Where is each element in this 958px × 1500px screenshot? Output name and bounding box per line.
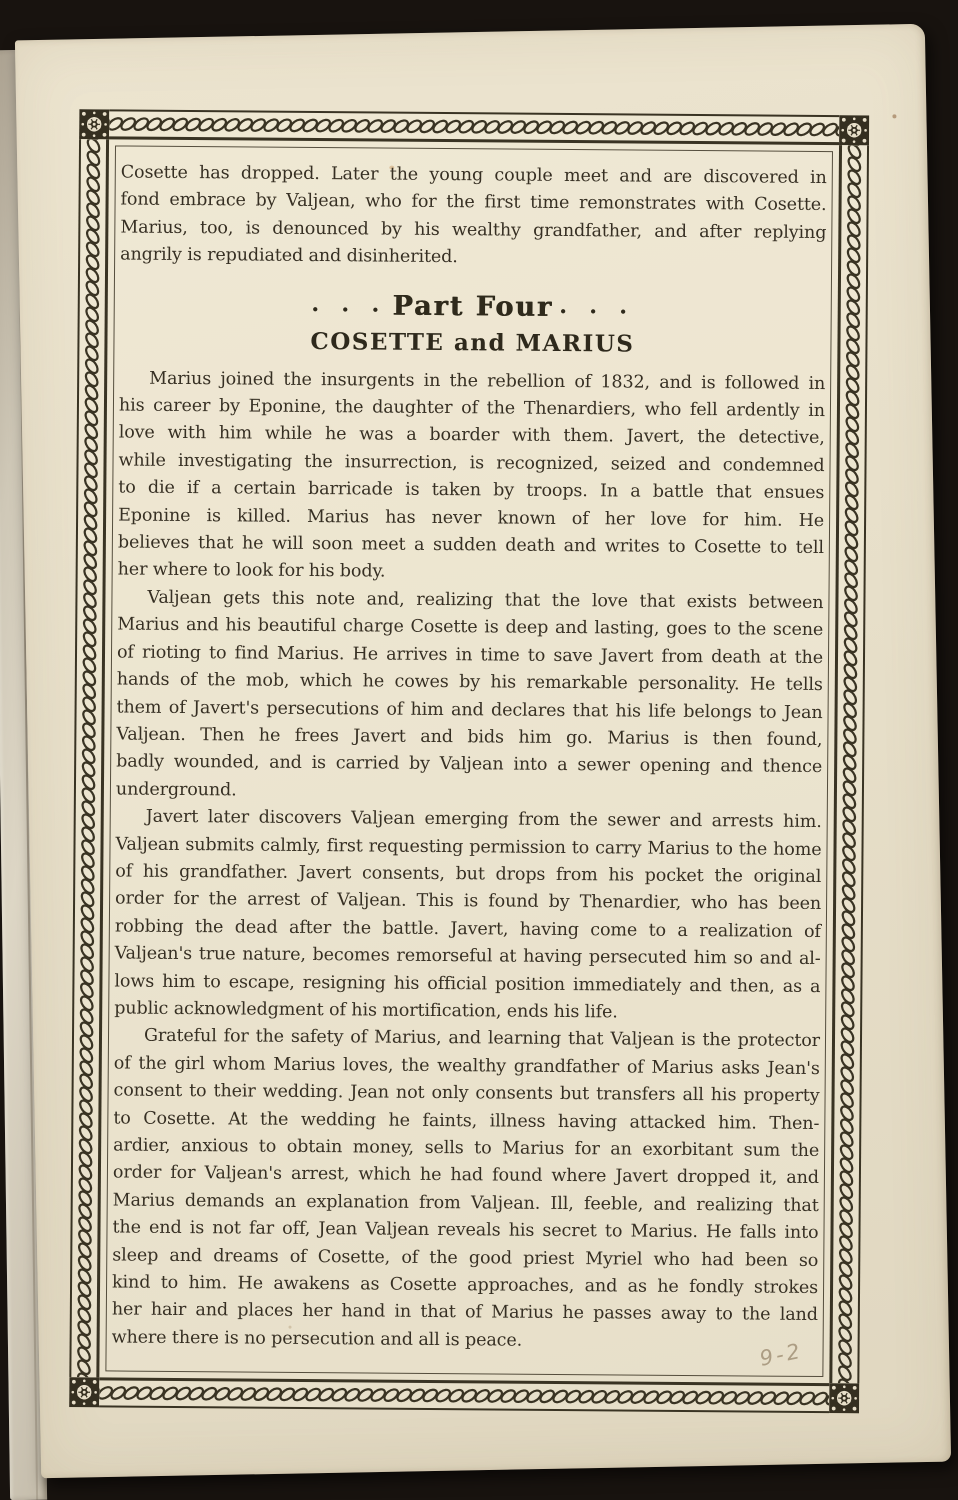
heading-dots-left: . . . [305,290,392,318]
paper-speck [892,114,896,118]
text-line: where there is no persecution and all is… [112,1324,818,1357]
paragraph: Valjean gets this note and, realizing th… [116,584,824,809]
program-page: Cosette has dropped. Later the young cou… [15,24,951,1478]
scan-background: { "page": { "intro_paragraphs": [ { "ind… [0,0,958,1500]
rope-border-right [829,145,869,1383]
heading-dots-right: . . . [553,292,640,320]
paragraph: Cosette has dropped. Later the young cou… [120,160,827,275]
paragraph: Marius joined the insurgents in the rebe… [118,365,826,590]
part-title: Part Four [392,290,553,322]
rope-border-top [109,109,839,145]
paragraph: Grateful for the safety of Marius, and l… [112,1023,821,1357]
synopsis-subtitle: COSETTE and MARIUS [119,323,825,363]
corner-rosette-icon [829,1383,859,1413]
paragraph: Javert later discovers Valjean emerging … [114,804,822,1029]
part-heading: . . .Part Four. . . [120,283,826,329]
corner-rosette-icon [79,109,109,139]
ornamental-frame: Cosette has dropped. Later the young cou… [69,109,869,1413]
body-paragraphs: Marius joined the insurgents in the rebe… [112,365,826,1357]
rope-border-bottom [99,1377,829,1413]
text-line: angrily is repudiated and disinherited. [120,242,826,275]
intro-paragraphs: Cosette has dropped. Later the young cou… [120,160,827,275]
corner-rosette-icon [69,1377,99,1407]
corner-rosette-icon [839,115,869,145]
rope-border-left [69,139,109,1377]
synopsis-content: Cosette has dropped. Later the young cou… [112,150,827,1358]
